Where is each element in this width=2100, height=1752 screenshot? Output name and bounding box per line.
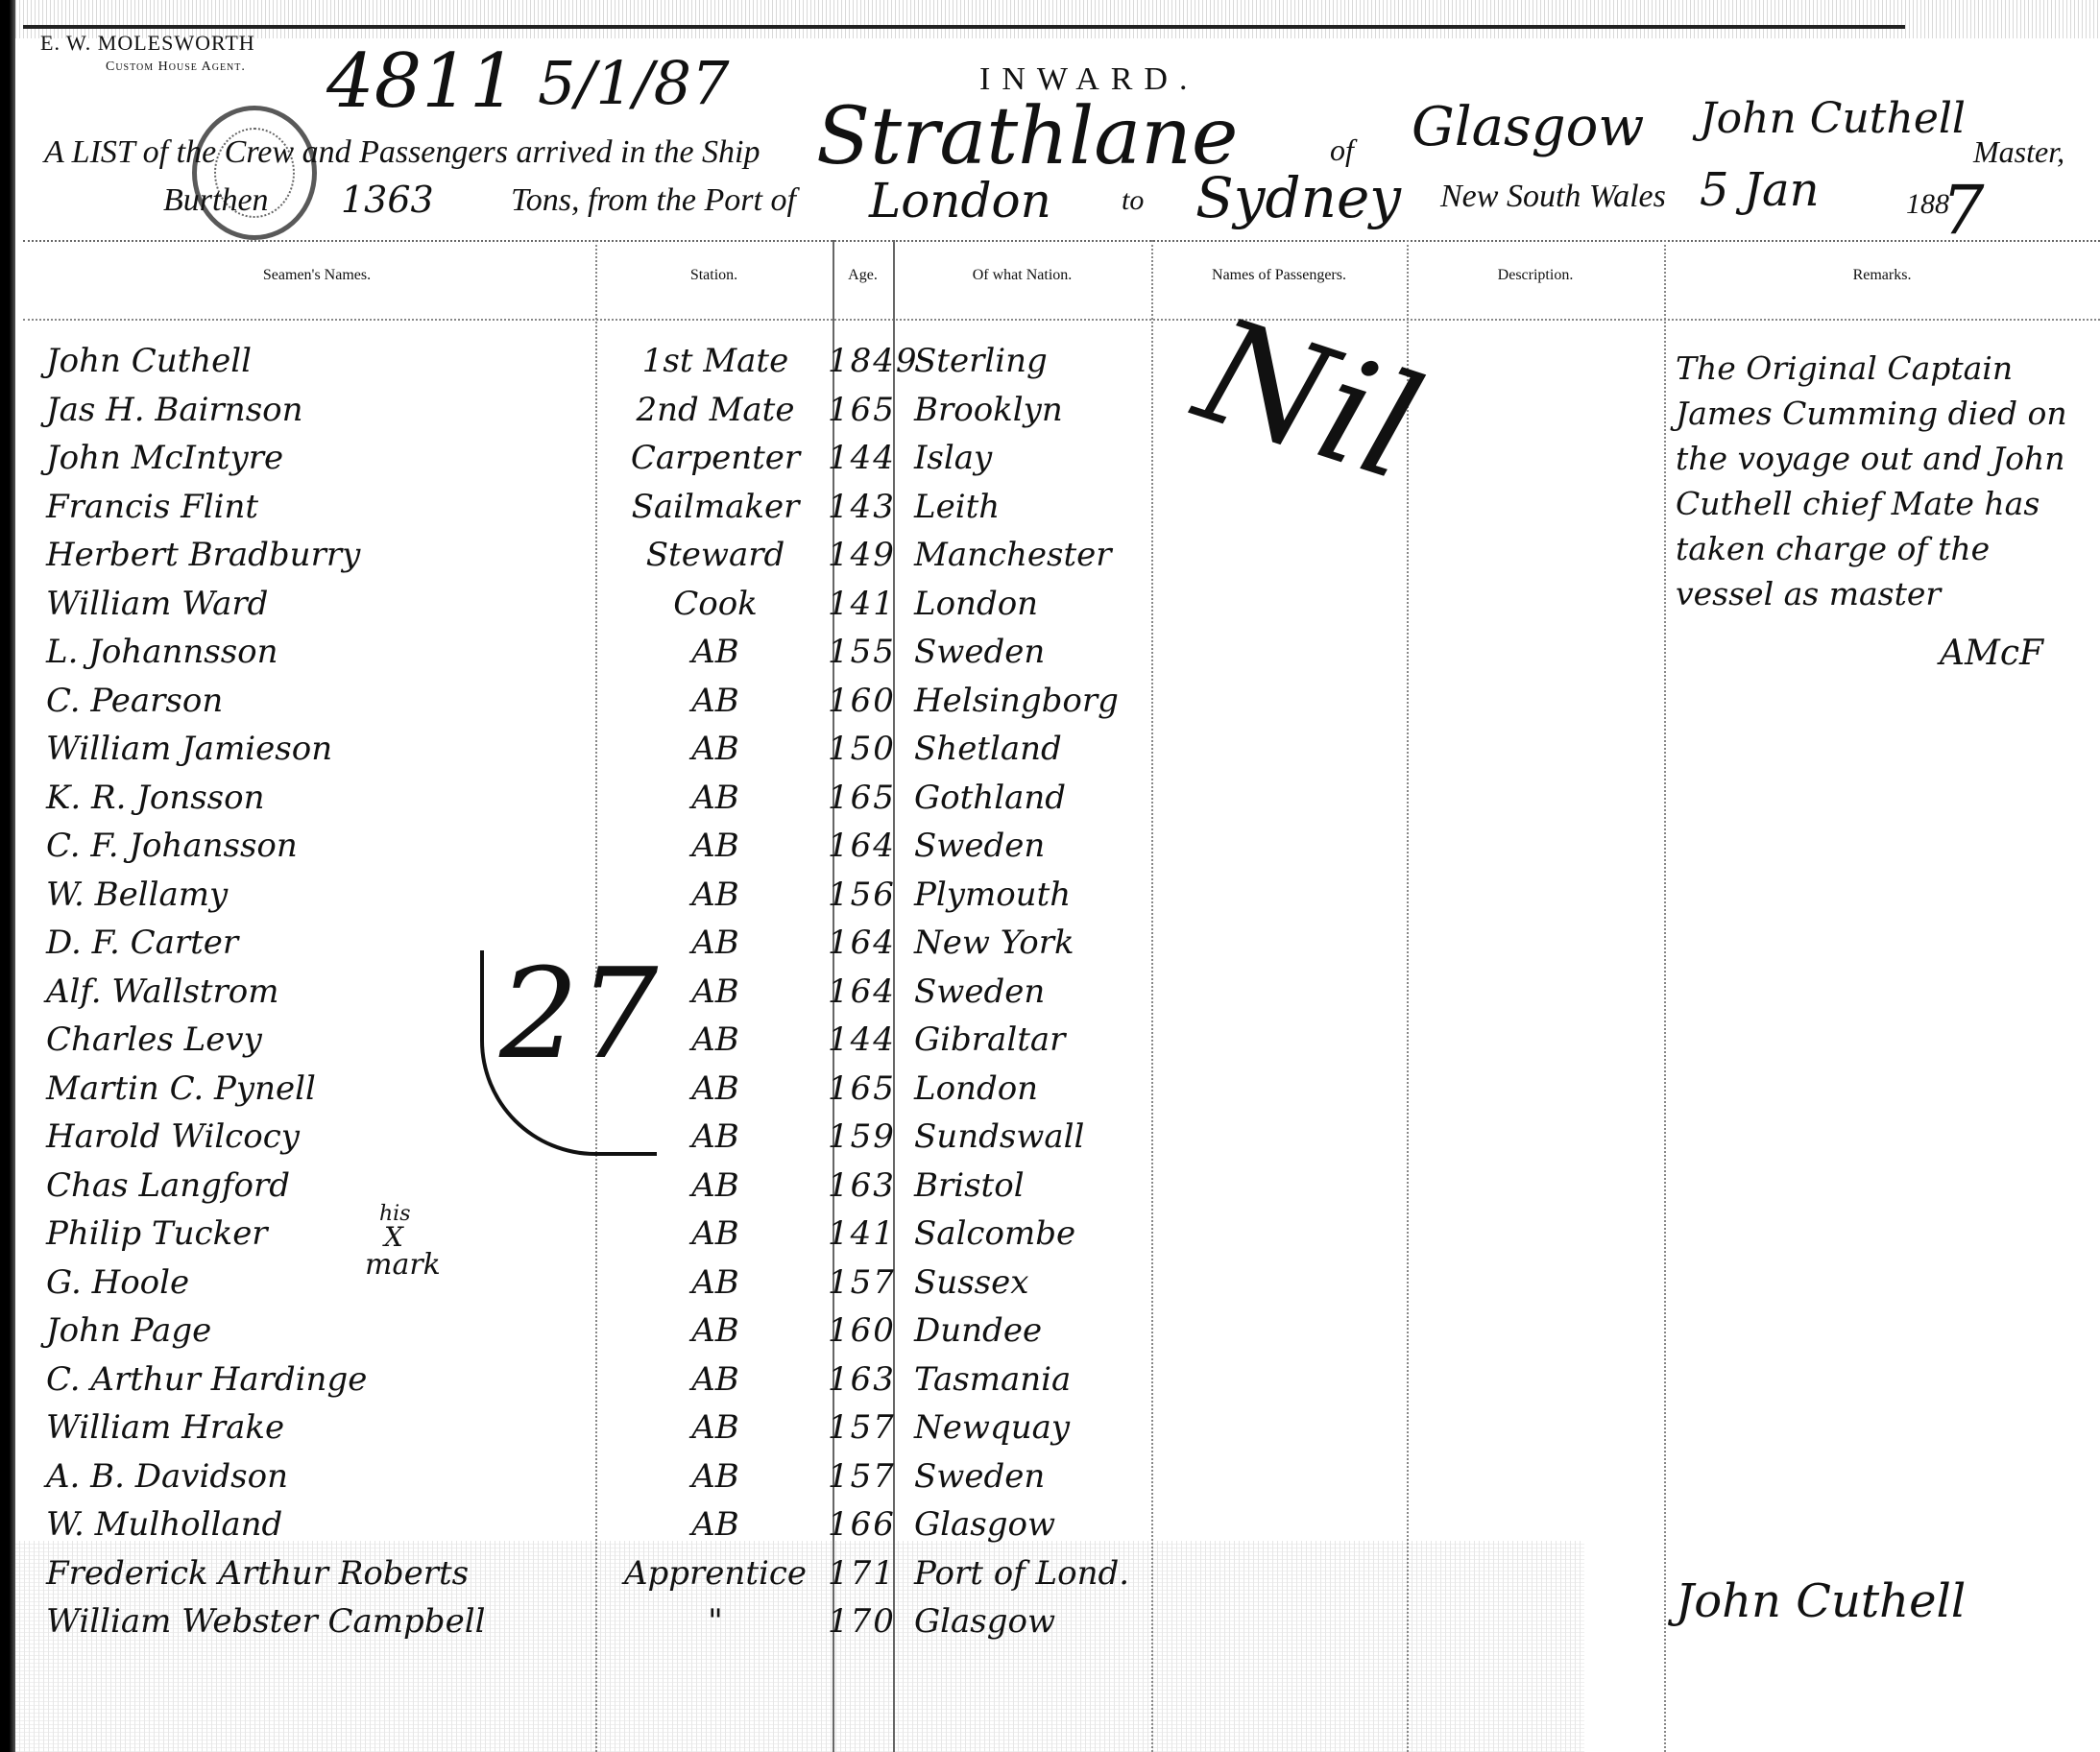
station: AB — [595, 1311, 835, 1350]
crew-row: Philip TuckerAB141Salcombe — [0, 1214, 1200, 1257]
age: 150 — [828, 730, 895, 768]
crew-row: John PageAB160Dundee — [0, 1311, 1200, 1354]
crew-row: Chas LangfordAB163Bristol — [0, 1166, 1200, 1209]
age: 164 — [828, 972, 895, 1011]
column-header-description: Description. — [1407, 267, 1664, 284]
seaman-name: Harold Wilcocy — [46, 1117, 300, 1156]
nation: Salcombe — [914, 1214, 1075, 1253]
crew-row: L. JohannssonAB155Sweden — [0, 633, 1200, 675]
crew-row: John Cuthell1st Mate1849Sterling — [0, 342, 1200, 384]
age: 144 — [828, 1020, 895, 1059]
crew-row: G. HooleAB157Sussex — [0, 1263, 1200, 1306]
crew-row: William WardCook141London — [0, 585, 1200, 627]
nation: Shetland — [914, 730, 1062, 768]
agent-name: E. W. MOLESWORTH — [40, 31, 255, 56]
seaman-name: William Hrake — [46, 1408, 284, 1447]
seaman-name: W. Bellamy — [46, 876, 228, 914]
crew-row: W. MulhollandAB166Glasgow — [0, 1505, 1200, 1548]
station: 1st Mate — [595, 342, 835, 380]
station: Apprentice — [595, 1554, 835, 1593]
column-header-nation: Of what Nation. — [893, 267, 1151, 284]
column-header-age: Age. — [833, 267, 893, 284]
crew-row: A. B. DavidsonAB157Sweden — [0, 1457, 1200, 1500]
passengers-nil-mark: Nil — [1180, 287, 1439, 514]
official-stamp-icon — [192, 106, 317, 240]
age: 1849 — [828, 342, 895, 380]
seaman-name: G. Hoole — [46, 1263, 189, 1302]
crew-row: Frederick Arthur RobertsApprentice171Por… — [0, 1554, 1200, 1596]
age: 170 — [828, 1602, 895, 1641]
column-divider — [1664, 240, 1666, 1752]
age: 166 — [828, 1505, 895, 1544]
age: 155 — [828, 633, 895, 671]
register-date: 5/1/87 — [538, 48, 730, 118]
seaman-name: William Webster Campbell — [46, 1602, 485, 1641]
nation: Sweden — [914, 827, 1045, 865]
register-number: 4811 — [326, 38, 518, 125]
seaman-name: K. R. Jonsson — [46, 779, 265, 817]
crew-row: William HrakeAB157Newquay — [0, 1408, 1200, 1451]
seaman-name: C. Arthur Hardinge — [46, 1360, 367, 1399]
departure-port: London — [869, 173, 1051, 228]
crew-row: Jas H. Bairnson2nd Mate165Brooklyn — [0, 391, 1200, 433]
nation: Sweden — [914, 1457, 1045, 1496]
seaman-name: W. Mulholland — [46, 1505, 282, 1544]
age: 165 — [828, 1069, 895, 1108]
nation: New York — [914, 924, 1074, 962]
nation: Leith — [914, 488, 1000, 526]
crew-row: K. R. JonssonAB165Gothland — [0, 779, 1200, 821]
station: AB — [595, 730, 835, 768]
header-rule — [23, 240, 2100, 242]
nation: Brooklyn — [914, 391, 1063, 429]
age: 141 — [828, 585, 895, 623]
nation: London — [914, 585, 1038, 623]
nation: Glasgow — [914, 1505, 1055, 1544]
seaman-name: William Jamieson — [46, 730, 332, 768]
station: AB — [595, 1166, 835, 1205]
age: 160 — [828, 1311, 895, 1350]
station: Cook — [595, 585, 835, 623]
station: AB — [595, 876, 835, 914]
master-label: Master, — [1973, 134, 2064, 170]
scan-noise-top — [0, 0, 2100, 38]
seaman-name: John Page — [46, 1311, 211, 1350]
column-header-names: Seamen's Names. — [38, 267, 595, 284]
nation: Sterling — [914, 342, 1048, 380]
column-divider — [1407, 240, 1409, 1752]
age: 157 — [828, 1408, 895, 1447]
nation: Tasmania — [914, 1360, 1071, 1399]
of-label: of — [1330, 132, 1354, 168]
age: 157 — [828, 1263, 895, 1302]
home-port: Glasgow — [1412, 96, 1644, 158]
seaman-name: John McIntyre — [46, 439, 283, 477]
station: AB — [595, 1505, 835, 1544]
year-handwritten: 7 — [1942, 171, 1985, 250]
nation: Sweden — [914, 633, 1045, 671]
column-header-passengers: Names of Passengers. — [1151, 267, 1407, 284]
age: 163 — [828, 1360, 895, 1399]
seaman-name: Herbert Bradburry — [46, 536, 360, 574]
station: 2nd Mate — [595, 391, 835, 429]
station: AB — [595, 1263, 835, 1302]
header-rule-bottom — [23, 319, 2100, 321]
seaman-name: Martin C. Pynell — [46, 1069, 316, 1108]
nation: Sweden — [914, 972, 1045, 1011]
crew-row: John McIntyreCarpenter144Islay — [0, 439, 1200, 481]
tonnage: 1363 — [341, 179, 434, 221]
crew-row: William Webster Campbell"170Glasgow — [0, 1602, 1200, 1644]
age: 165 — [828, 391, 895, 429]
station: Carpenter — [595, 439, 835, 477]
age: 157 — [828, 1457, 895, 1496]
seaman-name: Francis Flint — [46, 488, 258, 526]
age: 156 — [828, 876, 895, 914]
station: AB — [595, 779, 835, 817]
nation: Plymouth — [914, 876, 1071, 914]
list-title: A LIST of the Crew and Passengers arrive… — [44, 134, 760, 171]
seaman-name: William Ward — [46, 585, 268, 623]
nation: Port of Lond. — [914, 1554, 1129, 1593]
remarks-text: The Original Captain James Cumming died … — [1676, 346, 2088, 616]
station: AB — [595, 633, 835, 671]
seaman-name: Charles Levy — [46, 1020, 262, 1059]
crew-row: William JamiesonAB150Shetland — [0, 730, 1200, 772]
station: AB — [595, 1360, 835, 1399]
nation: London — [914, 1069, 1038, 1108]
crew-row: C. PearsonAB160Helsingborg — [0, 682, 1200, 724]
mark-word: mark — [365, 1248, 441, 1282]
age: 160 — [828, 682, 895, 720]
seaman-name: Chas Langford — [46, 1166, 290, 1205]
age: 165 — [828, 779, 895, 817]
age: 159 — [828, 1117, 895, 1156]
nation: Bristol — [914, 1166, 1025, 1205]
column-header-remarks: Remarks. — [1664, 267, 2100, 284]
nation: Sussex — [914, 1263, 1028, 1302]
age: 149 — [828, 536, 895, 574]
age: 143 — [828, 488, 895, 526]
station: AB — [595, 1408, 835, 1447]
age: 141 — [828, 1214, 895, 1253]
nation: Glasgow — [914, 1602, 1055, 1641]
arrival-port: Sydney — [1195, 165, 1401, 230]
seaman-name: Jas H. Bairnson — [46, 391, 303, 429]
to-label: to — [1122, 184, 1144, 217]
burthen-label: Burthen — [163, 182, 269, 219]
station: AB — [595, 827, 835, 865]
master-name: John Cuthell — [1700, 94, 1966, 143]
station: AB — [595, 682, 835, 720]
age: 144 — [828, 439, 895, 477]
seaman-name: John Cuthell — [46, 342, 252, 380]
seaman-name: C. F. Johansson — [46, 827, 298, 865]
age: 171 — [828, 1554, 895, 1593]
seaman-name: D. F. Carter — [46, 924, 238, 962]
nation: Manchester — [914, 536, 1112, 574]
nation: Islay — [914, 439, 992, 477]
station: Steward — [595, 536, 835, 574]
seaman-name: C. Pearson — [46, 682, 223, 720]
station: Sailmaker — [595, 488, 835, 526]
top-rule — [23, 25, 1905, 29]
crew-row: W. BellamyAB156Plymouth — [0, 876, 1200, 918]
ship-name: Strathlane — [816, 91, 1238, 182]
agent-title: Custom House Agent. — [106, 60, 246, 75]
station: AB — [595, 1214, 835, 1253]
seaman-name: L. Johannsson — [46, 633, 278, 671]
nation: Newquay — [914, 1408, 1070, 1447]
crew-row: C. Arthur HardingeAB163Tasmania — [0, 1360, 1200, 1403]
nation: Gothland — [914, 779, 1066, 817]
crew-row: Herbert BradburrySteward149Manchester — [0, 536, 1200, 578]
nation: Gibraltar — [914, 1020, 1065, 1059]
nation: Dundee — [914, 1311, 1042, 1350]
seaman-name: Frederick Arthur Roberts — [46, 1554, 469, 1593]
age: 163 — [828, 1166, 895, 1205]
nation: Helsingborg — [914, 682, 1119, 720]
seaman-name: A. B. Davidson — [46, 1457, 288, 1496]
crew-row: Francis FlintSailmaker143Leith — [0, 488, 1200, 530]
age: 164 — [828, 924, 895, 962]
tons-label: Tons, from the Port of — [511, 182, 796, 219]
crew-row: C. F. JohanssonAB164Sweden — [0, 827, 1200, 869]
document-page: E. W. MOLESWORTH Custom House Agent. 481… — [0, 0, 2100, 1752]
station: AB — [595, 1457, 835, 1496]
station: " — [595, 1602, 835, 1641]
seaman-name: Philip Tucker — [46, 1214, 268, 1253]
seaman-name: Alf. Wallstrom — [46, 972, 279, 1011]
colony-label: New South Wales — [1440, 179, 1666, 215]
master-signature: John Cuthell — [1676, 1574, 1966, 1628]
remarks-initials: AMcF — [1940, 634, 2043, 673]
age: 164 — [828, 827, 895, 865]
nation: Sundswall — [914, 1117, 1084, 1156]
column-header-station: Station. — [595, 267, 833, 284]
arrival-date: 5 Jan — [1700, 163, 1820, 217]
